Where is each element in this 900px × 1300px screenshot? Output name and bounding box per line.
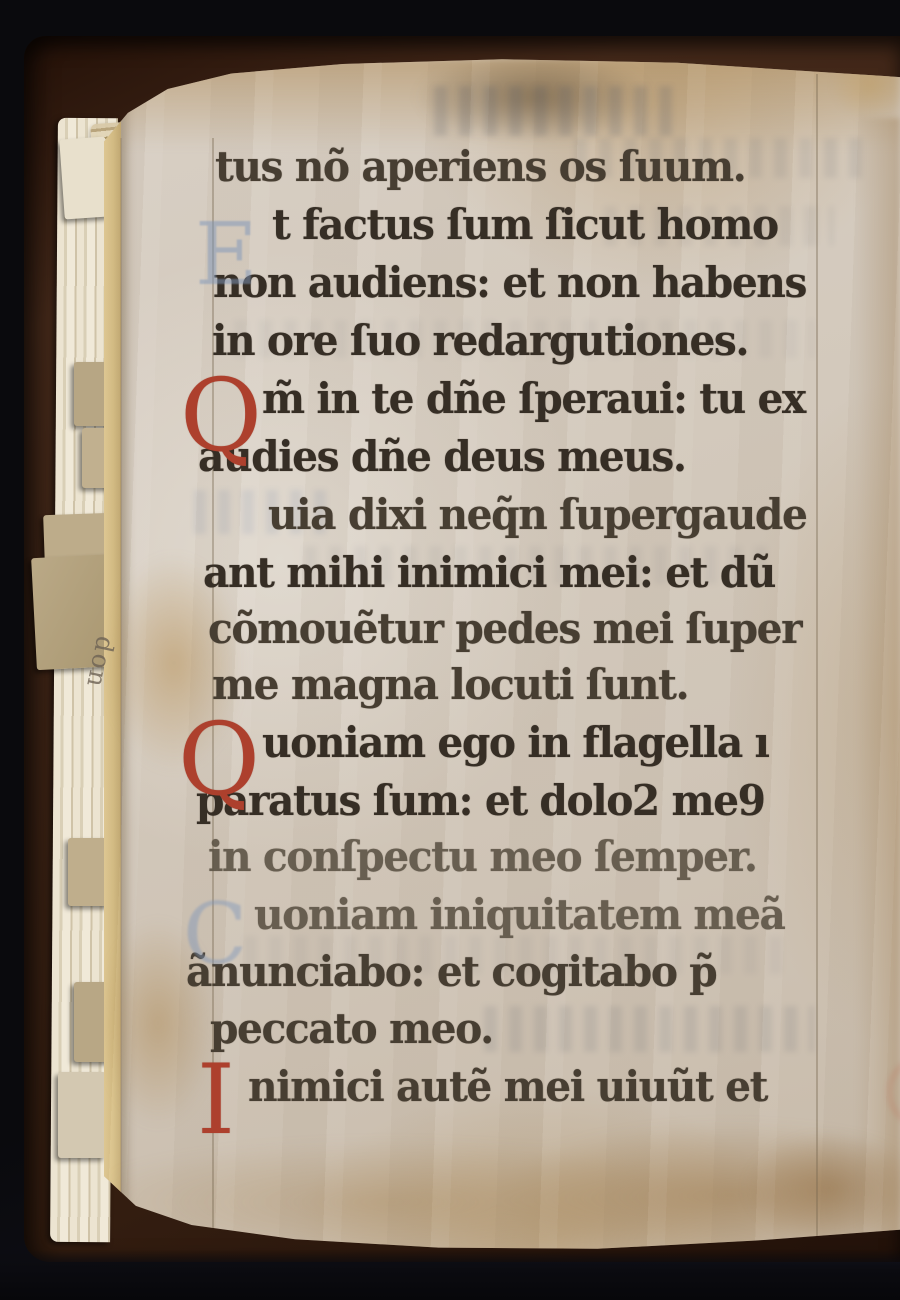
text-line: uoniam ego in flagella ı (262, 722, 769, 764)
text-line: uia dixi neq̃n ſupergaude (268, 494, 806, 536)
stain (414, 52, 654, 142)
text-line: in conſpectu meo ſemper. (208, 836, 757, 878)
text-line: non audiens: et non habens (213, 262, 806, 304)
text-line: uoniam iniquitatem meã (254, 894, 784, 936)
text-line: cõmouẽtur pedes mei ſuper (208, 608, 801, 650)
text-line: t factus ſum ſicut homo (272, 204, 778, 246)
initial-letter-red: I (197, 1052, 235, 1148)
ruling-line (816, 74, 818, 1244)
initial-letter-blue: C (183, 892, 247, 976)
parchment-tab (58, 1072, 106, 1158)
stain (744, 1133, 900, 1243)
text-line: tus nõ aperiens os ſuum. (215, 146, 745, 188)
text-line: m̃ in te dñe ſperaui: tu ex (262, 378, 805, 420)
ink-showthrough-ring (886, 1056, 900, 1128)
text-line: paratus ſum: et dolo2 me9 (196, 780, 765, 822)
text-line: nimici autẽ mei uiuũt et (248, 1066, 767, 1108)
text-line: me magna locuti ſunt. (212, 664, 688, 706)
background-shadow (0, 1250, 900, 1300)
text-line: peccato meo. (210, 1008, 493, 1050)
manuscript-photo: tus nõ aperiens os ſuum. t factus ſum ſi… (0, 0, 900, 1300)
initial-letter-red: Q (178, 710, 260, 810)
initial-letter-red: Q (180, 366, 262, 466)
text-line: ant mihi inimici mei: et dũ (203, 552, 775, 594)
ink-showthrough (484, 1006, 814, 1052)
parchment-tab (59, 136, 110, 219)
text-line: audies dñe deus meus. (198, 436, 686, 478)
ink-showthrough (434, 86, 684, 136)
text-line: ãnunciabo: et cogitabo p̃ (186, 951, 716, 993)
text-line: in ore ſuo redargutiones. (212, 320, 748, 362)
initial-letter-blue: E (195, 212, 258, 298)
